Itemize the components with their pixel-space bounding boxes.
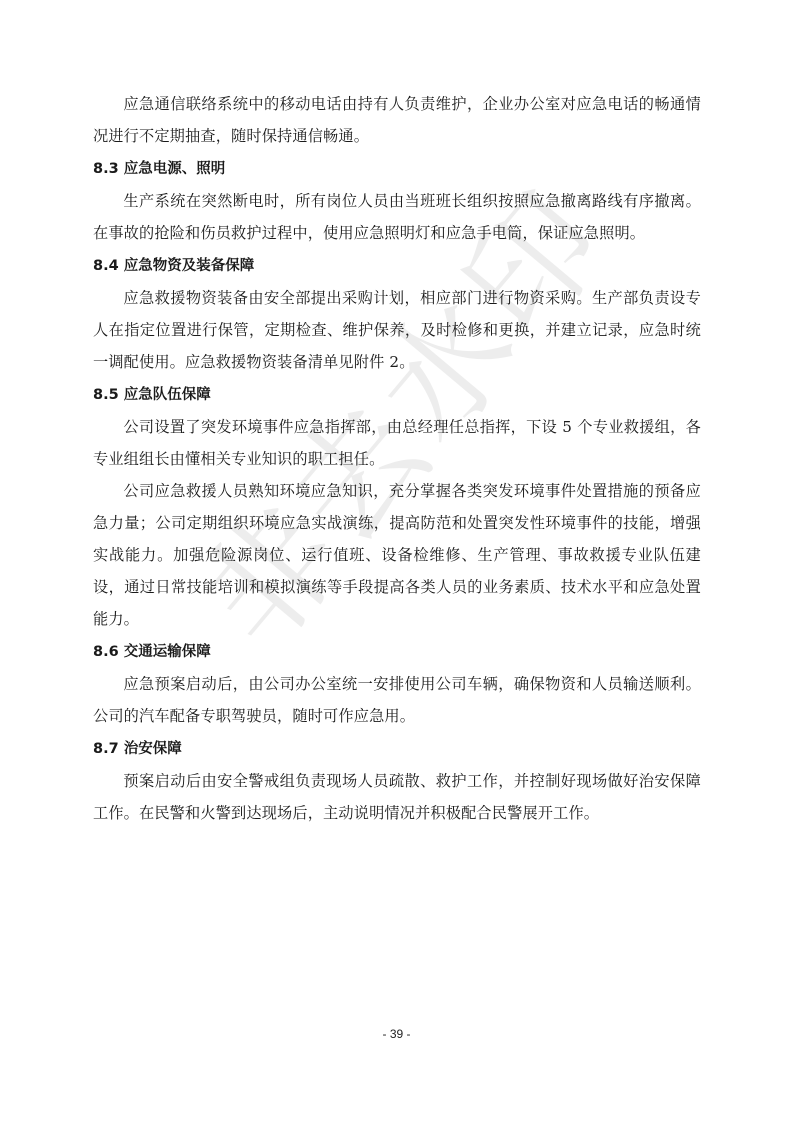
- heading-8-3: 8.3 应急电源、照明: [93, 152, 701, 185]
- paragraph-transport: 应急预案启动后，由公司办公室统一安排使用公司车辆，确保物资和人员输送顺利。公司的…: [93, 668, 701, 732]
- heading-8-7: 8.7 治安保障: [93, 732, 701, 765]
- paragraph-team-1: 公司设置了突发环境事件应急指挥部，由总经理任总指挥，下设 5 个专业救援组，各专…: [93, 411, 701, 475]
- heading-8-6: 8.6 交通运输保障: [93, 635, 701, 668]
- paragraph-materials: 应急救援物资装备由安全部提出采购计划，相应部门进行物资采购。生产部负责设专人在指…: [93, 282, 701, 378]
- document-page: 非去水印 应急通信联络系统中的移动电话由持有人负责维护，企业办公室对应急电话的畅…: [0, 0, 793, 1122]
- page-content: 应急通信联络系统中的移动电话由持有人负责维护，企业办公室对应急电话的畅通情况进行…: [93, 88, 701, 829]
- paragraph-team-2: 公司应急救援人员熟知环境应急知识，充分掌握各类突发环境事件处置措施的预备应急力量…: [93, 475, 701, 635]
- paragraph-power-lighting: 生产系统在突然断电时，所有岗位人员由当班班长组织按照应急撤离路线有序撤离。在事故…: [93, 185, 701, 249]
- paragraph-communication: 应急通信联络系统中的移动电话由持有人负责维护，企业办公室对应急电话的畅通情况进行…: [93, 88, 701, 152]
- page-number: - 39 -: [0, 1027, 793, 1041]
- paragraph-security: 预案启动后由安全警戒组负责现场人员疏散、救护工作，并控制好现场做好治安保障工作。…: [93, 765, 701, 829]
- heading-8-4: 8.4 应急物资及装备保障: [93, 249, 701, 282]
- heading-8-5: 8.5 应急队伍保障: [93, 378, 701, 411]
